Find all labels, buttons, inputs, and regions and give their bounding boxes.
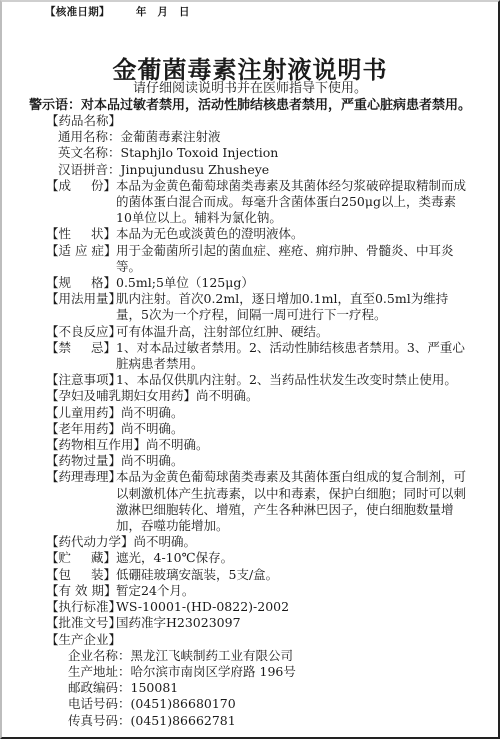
- fax-row: 传真号码：(0451)86662781: [46, 713, 466, 729]
- overdose-row: 【药物过量】尚不明确。: [46, 453, 466, 469]
- approval-date: 【核准日期】年 月 日: [45, 4, 190, 19]
- contraindications-row: 【禁忌】1、对本品过敏者禁用。2、活动性肺结核患者禁用。3、严重心脏病患者禁用。: [46, 340, 466, 372]
- indications-row: 【适 应 症】用于金葡菌所引起的菌血症、痤疮、痈疖肿、骨髓炎、中耳炎等。: [46, 243, 466, 275]
- interactions-row: 【药物相互作用】尚不明确。: [46, 437, 466, 453]
- postcode-row: 邮政编码：150081: [46, 680, 466, 696]
- composition-row: 【成份】本品为金黄色葡萄球菌类毒素及其菌体经匀浆破碎提取精制而成的菌体蛋白混合而…: [46, 178, 466, 227]
- pharmacokinetics-row: 【药代动力学】尚不明确。: [46, 534, 466, 550]
- pregnancy-row: 【孕妇及哺乳期妇女用药】尚不明确。: [46, 388, 466, 404]
- storage-row: 【贮藏】遮光，4-10℃保存。: [46, 550, 466, 566]
- company-name-row: 企业名称：黑龙江飞峡制药工业有限公司: [46, 648, 466, 664]
- approval-date-label: 【核准日期】: [45, 6, 110, 18]
- adverse-reactions-row: 【不良反应】可有体温升高，注射部位红肿、硬结。: [46, 324, 466, 340]
- standard-row: 【执行标准】WS-10001-(HD-0822)-2002: [46, 599, 466, 615]
- approval-date-value: 年 月 日: [136, 6, 190, 18]
- warning-statement: 警示语：对本品过敏者禁用，活动性肺结核患者禁用，严重心脏病患者禁用。: [0, 94, 500, 113]
- approval-number-row: 【批准文号】国药准字H23023097: [46, 615, 466, 631]
- drug-name-heading: 【药品名称】: [46, 113, 466, 129]
- precautions-row: 【注意事项】1、本品仅供肌内注射。2、当药品性状发生改变时禁止使用。: [46, 372, 466, 388]
- dosage-row: 【用法用量】肌内注射。首次0.2ml，逐日增加0.1ml，直至0.5ml为维持量…: [46, 291, 466, 323]
- validity-row: 【有 效 期】暂定24个月。: [46, 583, 466, 599]
- package-row: 【包装】低硼硅玻璃安瓿装，5支/盒。: [46, 567, 466, 583]
- pinyin-row: 汉语拼音：Jinpujundusu Zhusheye: [46, 162, 466, 178]
- phone-row: 电话号码：(0451)86680170: [46, 696, 466, 712]
- elderly-row: 【老年用药】尚不明确。: [46, 421, 466, 437]
- character-row: 【性状】本品为无色或淡黄色的澄明液体。: [46, 226, 466, 242]
- pharmacology-row: 【药理毒理】本品为金黄色葡萄球菌类毒素及其菌体蛋白组成的复合制剂，可以刺激机体产…: [46, 469, 466, 534]
- address-row: 生产地址：哈尔滨市南岗区学府路 196号: [46, 664, 466, 680]
- manufacturer-heading: 【生产企业】: [46, 632, 466, 648]
- children-row: 【儿童用药】尚不明确。: [46, 405, 466, 421]
- generic-name-row: 通用名称：金葡菌毒素注射液: [46, 129, 466, 145]
- english-name-row: 英文名称：Staphjlo Toxoid Injection: [46, 145, 466, 161]
- document-body: 【药品名称】 通用名称：金葡菌毒素注射液 英文名称：Staphjlo Toxoi…: [46, 113, 466, 729]
- specification-row: 【规格】0.5ml;5单位（125μg）: [46, 275, 466, 291]
